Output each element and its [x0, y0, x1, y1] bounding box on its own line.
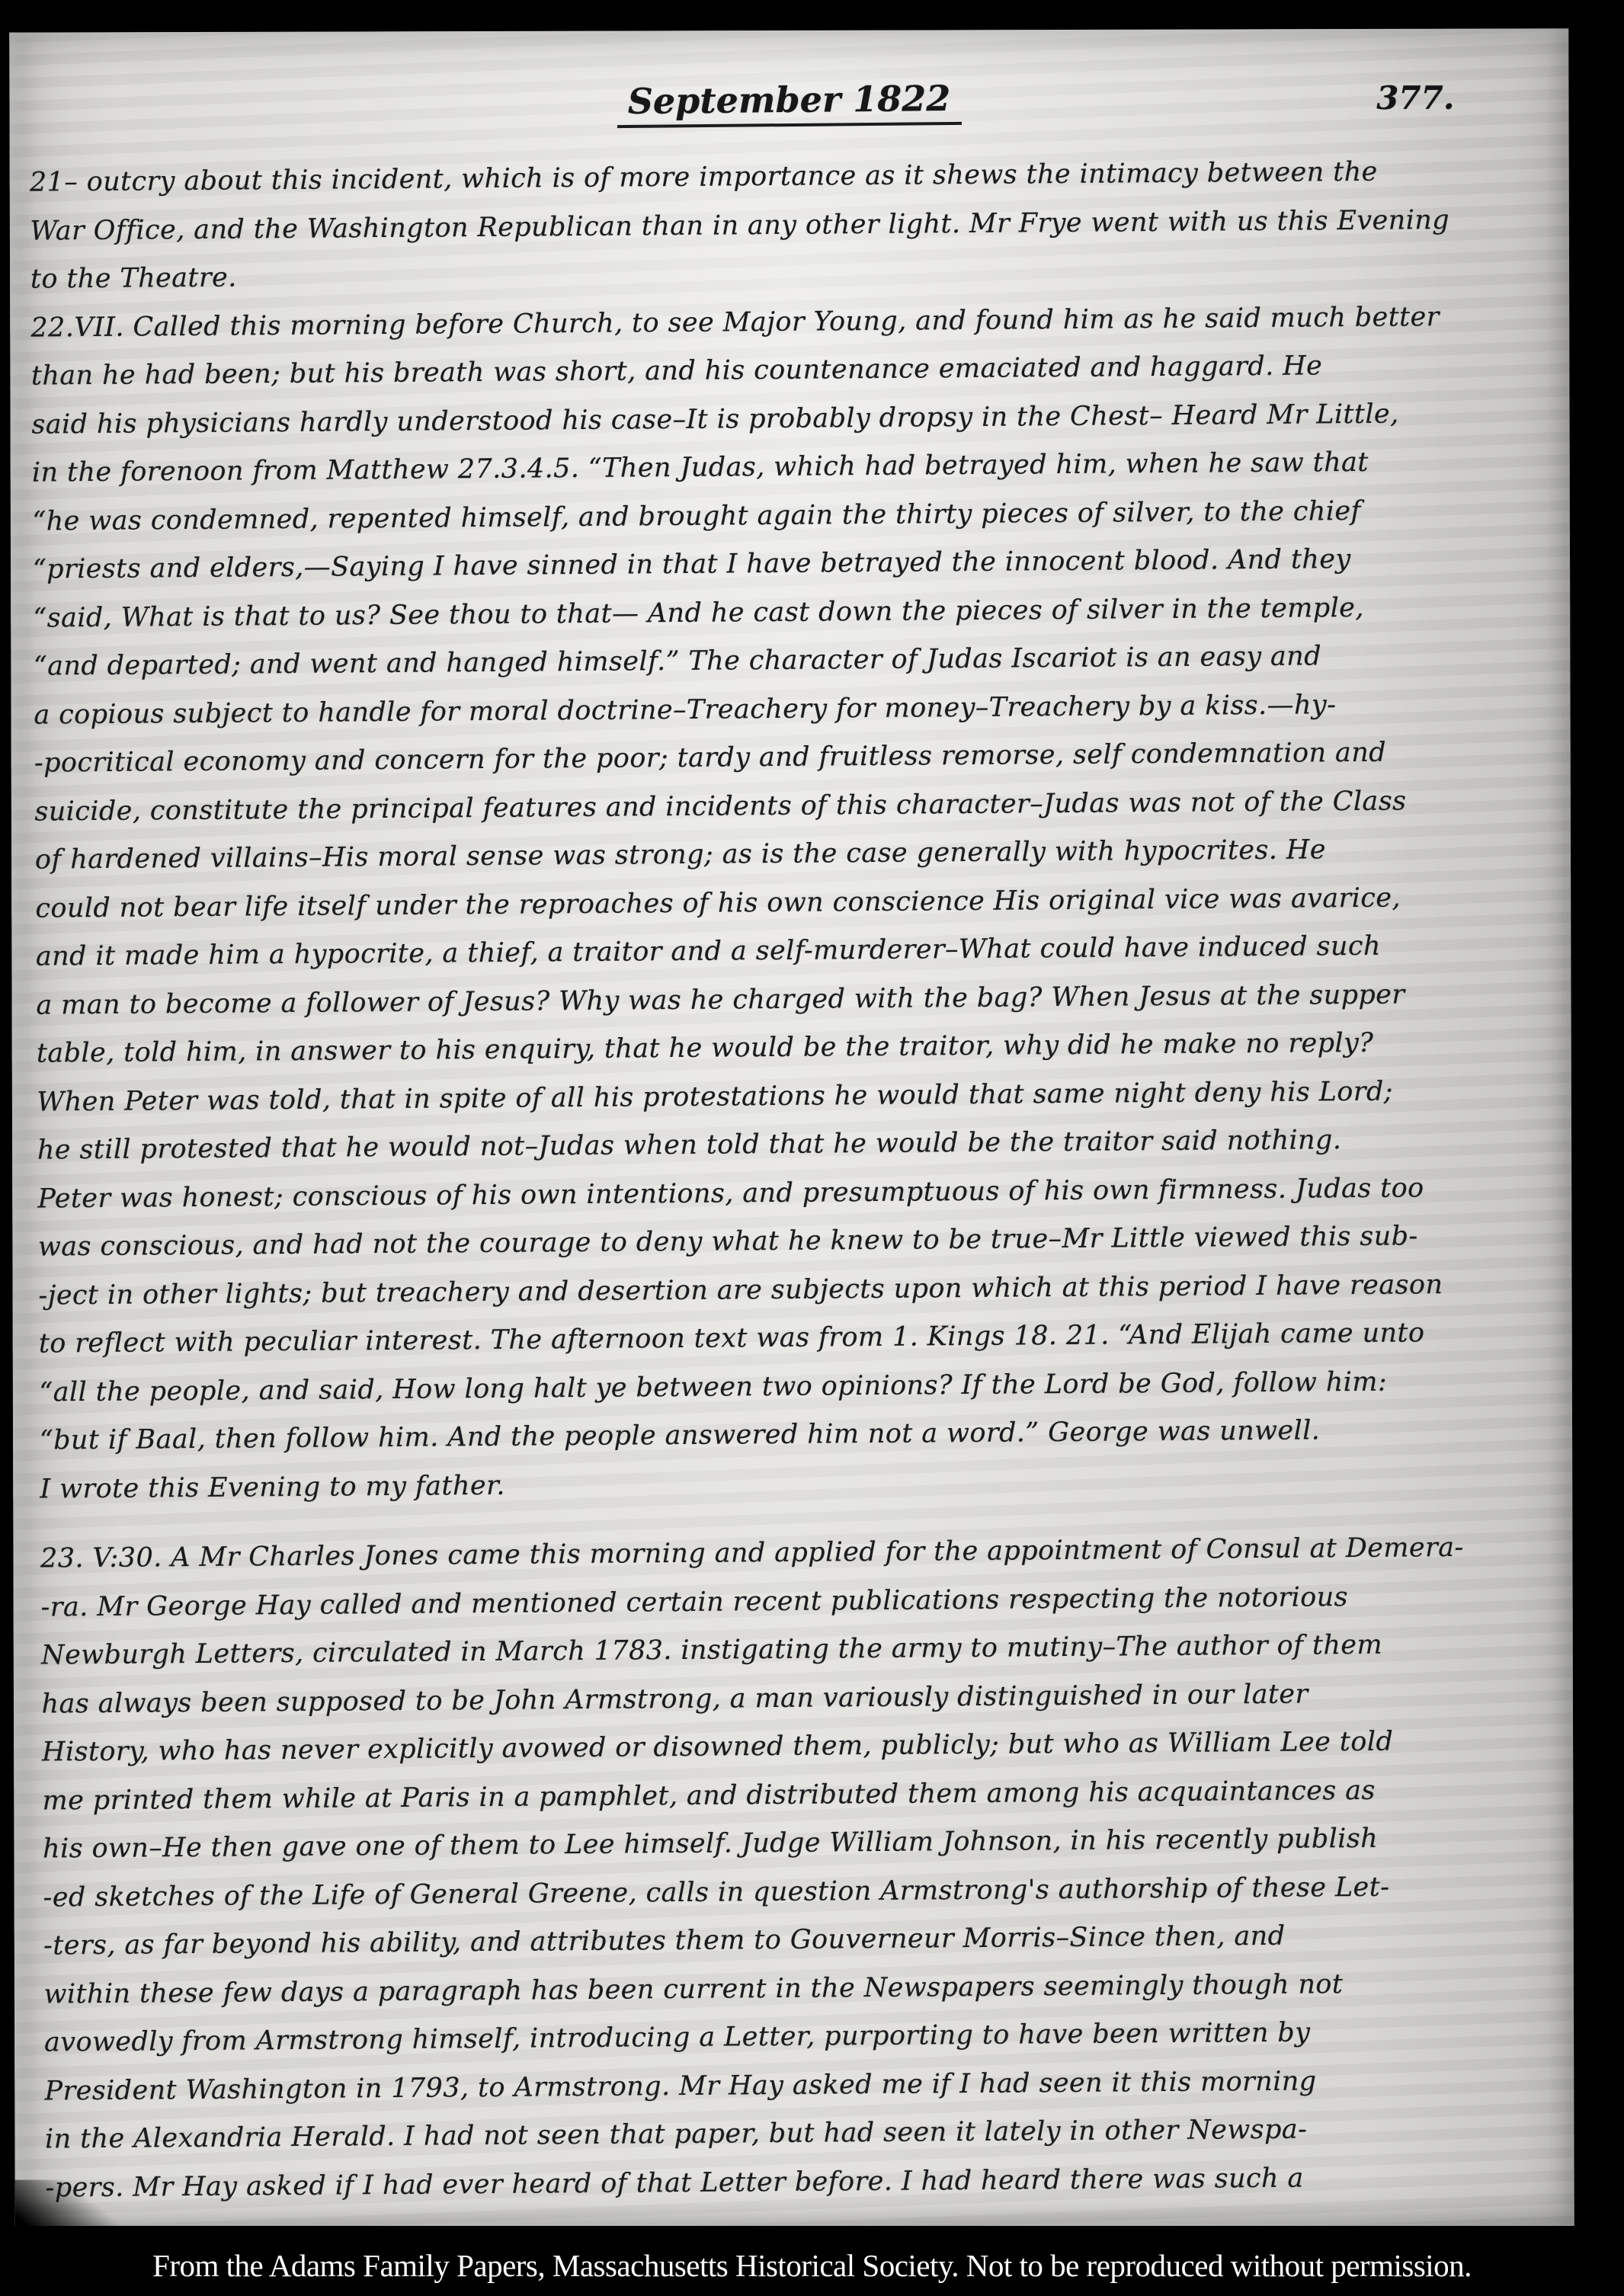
scan-background: September 1822 377. 21– outcry about thi… — [0, 0, 1624, 2296]
archive-caption-bar: From the Adams Family Papers, Massachuse… — [0, 2226, 1624, 2296]
page-title: September 1822 — [617, 78, 961, 128]
page-number: 377. — [1376, 79, 1454, 117]
archive-caption: From the Adams Family Papers, Massachuse… — [0, 2247, 1624, 2284]
manuscript-body: 21– outcry about this incident, which is… — [30, 147, 1564, 2213]
manuscript-page: September 1822 377. 21– outcry about thi… — [9, 28, 1574, 2233]
